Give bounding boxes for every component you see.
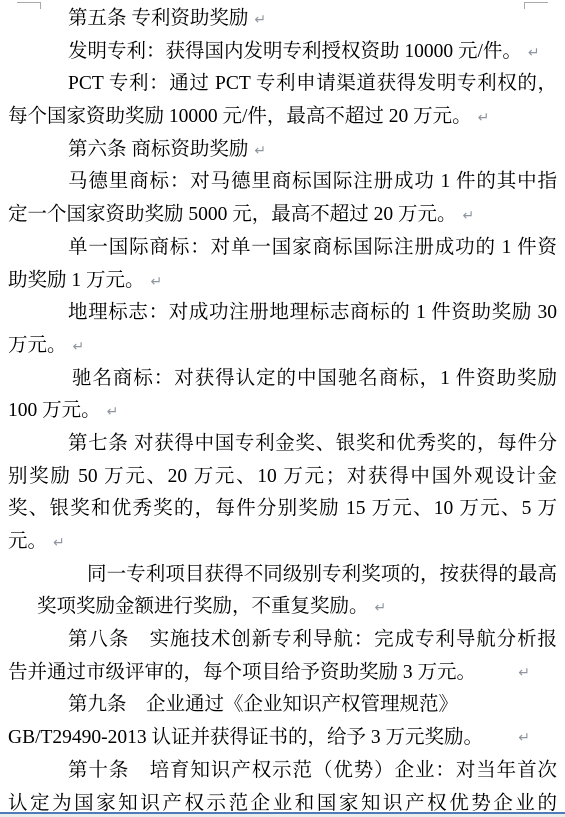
text-line: 奖项奖励金额进行奖励，不重复奖励。↵: [8, 591, 557, 624]
text-line: 同一专利项目获得不同级别专利奖项的，按获得的最高: [8, 559, 557, 592]
line-text: 同一专利项目获得不同级别专利奖项的，按获得的最高: [87, 564, 557, 585]
line-text: PCT 专利：通过 PCT 专利申请渠道获得发明专利权的，: [68, 73, 557, 94]
line-text: 马德里商标：对马德里商标国际注册成功 1 件的其中指: [68, 171, 557, 192]
line-text: 第五条 专利资助奖励: [68, 8, 248, 29]
line-text: 助奖励 1 万元。: [8, 270, 145, 291]
paragraph-mark-icon: ↵: [53, 535, 65, 551]
line-text: 奖、银奖和优秀奖的，每件分别奖励 15 万元、10 万元、5 万: [8, 498, 557, 519]
text-line: 告并通过市级评审的，每个项目给予资助奖励 3 万元。↵: [8, 657, 557, 690]
line-text: 认定为国家知识产权示范企业和国家知识产权优势企业的: [8, 793, 557, 814]
text-line: 马德里商标：对马德里商标国际注册成功 1 件的其中指: [8, 166, 557, 199]
line-text: 地理标志：对成功注册地理标志商标的 1 件资助奖励 30: [68, 302, 557, 323]
line-text: 告并通过市级评审的，每个项目给予资助奖励 3 万元。: [8, 662, 476, 683]
text-line: 奖、银奖和优秀奖的，每件分别奖励 15 万元、10 万元、5 万: [8, 493, 557, 526]
line-text: GB/T29490-2013 认证并获得证书的，给予 3 万元奖励。: [8, 727, 483, 748]
text-line: 第十条 培育知识产权示范（优势）企业：对当年首次: [8, 755, 557, 788]
line-text: 第七条 对获得中国专利金奖、银奖和优秀奖的，每件分: [68, 433, 557, 454]
paragraph-mark-icon: ↵: [528, 45, 540, 61]
text-line: 发明专利：获得国内发明专利授权资助 10000 元/件。↵: [8, 36, 557, 69]
text-line: 元。↵: [8, 526, 557, 559]
text-line: 定一个国家资助奖励 5000 元，最高不超过 20 万元。↵: [8, 199, 557, 232]
text-line: 驰名商标：对获得认定的中国驰名商标，1 件资助奖励: [8, 363, 557, 396]
text-line: PCT 专利：通过 PCT 专利申请渠道获得发明专利权的，: [8, 68, 557, 101]
line-text: 100 万元。: [8, 400, 101, 421]
line-text: 发明专利：获得国内发明专利授权资助 10000 元/件。: [68, 41, 522, 62]
paragraph-mark-icon: ↵: [518, 657, 530, 690]
text-line: 第七条 对获得中国专利金奖、银奖和优秀奖的，每件分: [8, 428, 557, 461]
paragraph-mark-icon: ↵: [151, 274, 163, 290]
line-text: 第十条 培育知识产权示范（优势）企业：对当年首次: [68, 760, 557, 781]
line-text: 奖项奖励金额进行奖励，不重复奖励。: [37, 596, 369, 617]
paragraph-mark-icon: ↵: [254, 143, 266, 159]
text-line: 单一国际商标：对单一国家商标国际注册成功的 1 件资: [8, 232, 557, 265]
paragraph-mark-icon: ↵: [254, 12, 266, 28]
paragraph-mark-icon: ↵: [375, 600, 387, 616]
paragraph-mark-icon: ↵: [73, 339, 85, 355]
text-line: 地理标志：对成功注册地理标志商标的 1 件资助奖励 30: [8, 297, 557, 330]
text-line: 第六条 商标资助奖励↵: [8, 134, 557, 167]
text-line: 第八条 实施技术创新专利导航：完成专利导航分析报: [8, 624, 557, 657]
document-page: 第五条 专利资助奖励↵ 发明专利：获得国内发明专利授权资助 10000 元/件。…: [0, 0, 565, 817]
line-text: 第八条 实施技术创新专利导航：完成专利导航分析报: [68, 629, 557, 650]
text-line: 每个国家资助奖励 10000 元/件，最高不超过 20 万元。↵: [8, 101, 557, 134]
line-text: 第六条 商标资助奖励: [68, 139, 248, 160]
line-text: 元。: [8, 531, 47, 552]
line-text: 单一国际商标：对单一国家商标国际注册成功的 1 件资: [68, 237, 557, 258]
text-line: 别奖励 50 万元、20 万元、10 万元；对获得中国外观设计金: [8, 461, 557, 494]
document-text-area[interactable]: 第五条 专利资助奖励↵ 发明专利：获得国内发明专利授权资助 10000 元/件。…: [8, 3, 557, 817]
text-line: 万元。↵: [8, 330, 557, 363]
paragraph-mark-icon: ↵: [478, 110, 490, 126]
line-text: 定一个国家资助奖励 5000 元，最高不超过 20 万元。: [8, 204, 457, 225]
line-text: 别奖励 50 万元、20 万元、10 万元；对获得中国外观设计金: [8, 466, 557, 487]
text-line: 第九条 企业通过《企业知识产权管理规范》: [8, 689, 557, 722]
line-text: 驰名商标：对获得认定的中国驰名商标，1 件资助奖励: [72, 368, 557, 389]
text-line: GB/T29490-2013 认证并获得证书的，给予 3 万元奖励。↵: [8, 722, 557, 755]
line-text: 万元。: [8, 335, 67, 356]
line-text: 第九条 企业通过《企业知识产权管理规范》: [68, 694, 458, 715]
text-line: 100 万元。↵: [8, 395, 557, 428]
paragraph-mark-icon: ↵: [107, 404, 119, 420]
text-line: 第五条 专利资助奖励↵: [8, 3, 557, 36]
paragraph-mark-icon: ↵: [463, 208, 475, 224]
text-line: 助奖励 1 万元。↵: [8, 265, 557, 298]
paragraph-mark-icon: ↵: [518, 722, 530, 755]
line-text: 每个国家资助奖励 10000 元/件，最高不超过 20 万元。: [8, 106, 472, 127]
